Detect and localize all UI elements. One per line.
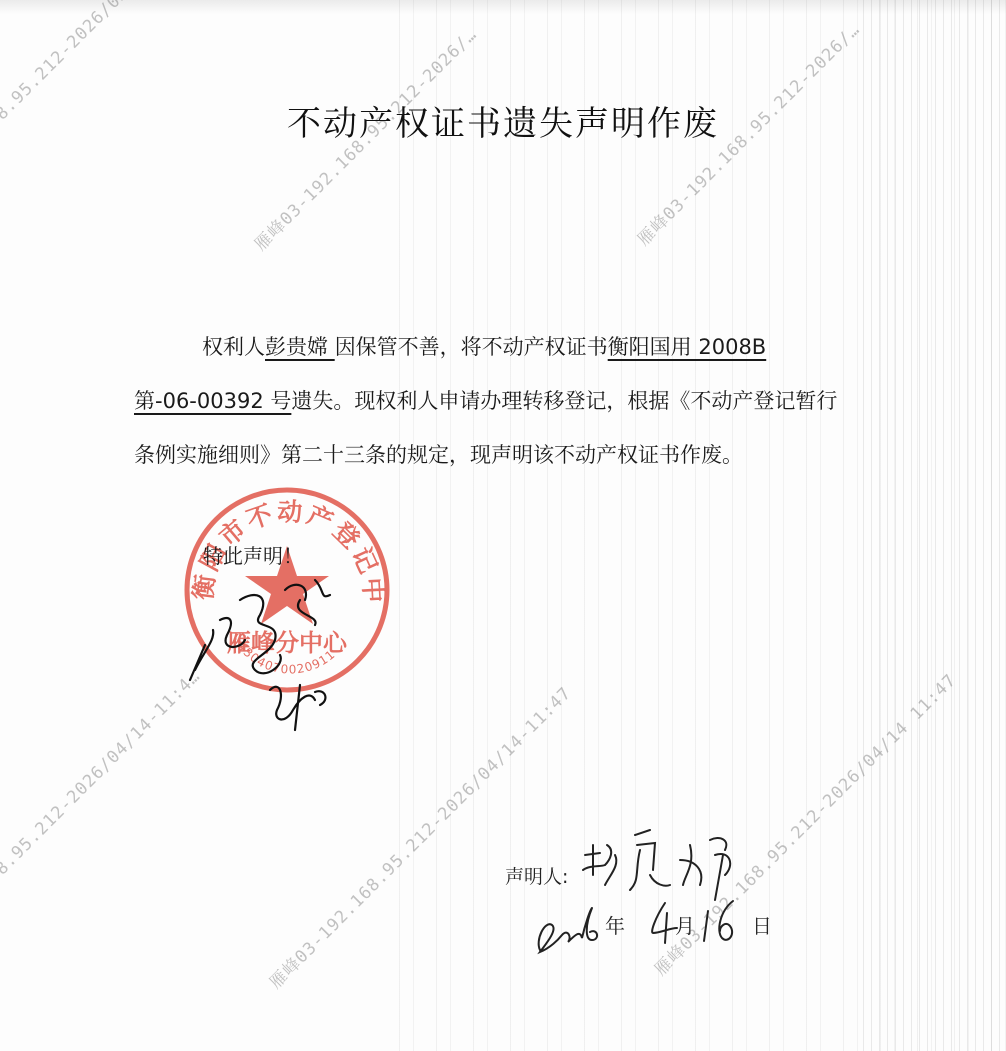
paragraph-prefix: 权利人 [202,335,265,359]
declarant-label: 声明人: [505,862,568,889]
document-title: 不动产权证书遗失声明作废 [0,96,1006,145]
paragraph-text: 因保管不善，将不动产权证书 [335,335,608,359]
scan-streaks-right [860,0,1006,1051]
month-label: 月 [675,910,695,939]
staff-signature [185,560,375,740]
watermark: …08.95.212-2026/04/14-11:4… [0,666,204,895]
year-label: 年 [605,910,625,939]
handwritten-year: 2026 [530,900,610,960]
scan-edge-shadow [0,0,1006,14]
declarant-signature: 彭贵嫦 [575,815,775,905]
day-label: 日 [752,910,772,939]
declaration-paragraph: 权利人彭贵嫦 因保管不善，将不动产权证书衡阳国用 2008B第-06-00392… [134,320,854,482]
scanned-page: …08.95.212-2026/0… 雁峰03-192.168.95.212-2… [0,0,1006,1051]
holder-name: 彭贵嫦 [265,335,335,359]
